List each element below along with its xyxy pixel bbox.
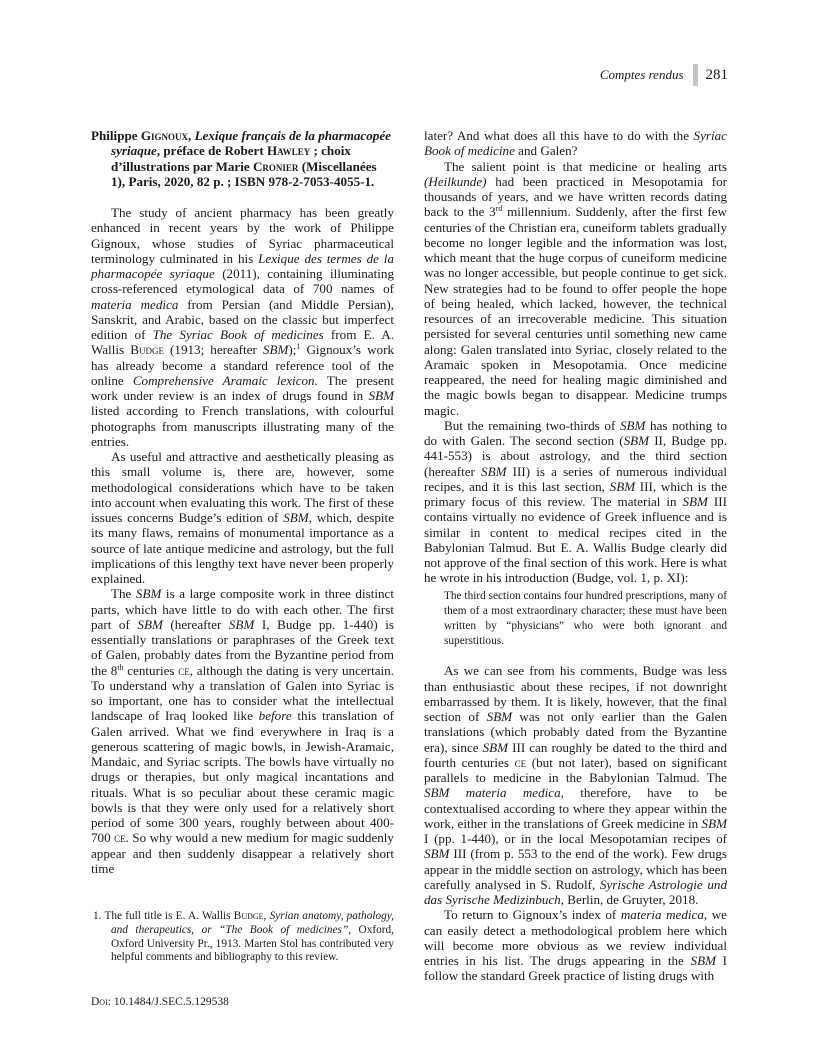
doi-label: Doi [91, 996, 108, 1008]
paragraph: As useful and attractive and aesthetical… [91, 449, 394, 586]
paragraph: The study of ancient pharmacy has been g… [91, 205, 394, 449]
paragraph: As we can see from his comments, Budge w… [424, 663, 727, 907]
doi-line: Doi: 10.1484/J.SEC.5.129538 [91, 996, 229, 1008]
block-quote: The third section contains four hundred … [444, 589, 727, 650]
paragraph: To return to Gignoux’s index of materia … [424, 907, 727, 983]
page-number: 281 [706, 67, 729, 84]
header-divider [693, 64, 698, 86]
doi-value[interactable]: : 10.1484/J.SEC.5.129538 [108, 996, 229, 1008]
paragraph: But the remaining two-thirds of SBM has … [424, 418, 727, 586]
paragraph: later? And what does all this have to do… [424, 128, 727, 159]
paragraph: The salient point is that medicine or he… [424, 159, 727, 418]
left-column: Philippe Gignoux, Lexique français de la… [91, 128, 394, 876]
running-header: Comptes rendus 281 [600, 64, 728, 86]
footnote: 1. The full title is E. A. Wallis Budge,… [91, 910, 394, 965]
paragraph: The SBM is a large composite work in thr… [91, 586, 394, 876]
right-column: later? And what does all this have to do… [424, 128, 727, 984]
section-title: Comptes rendus [600, 67, 684, 83]
review-bibliographic-reference: Philippe Gignoux, Lexique français de la… [91, 128, 394, 189]
